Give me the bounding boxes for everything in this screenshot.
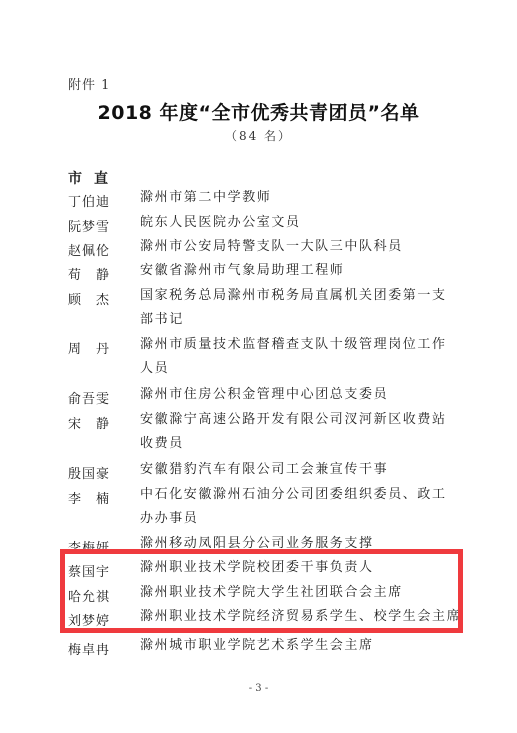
honoree-affiliation: 滁州市公安局特警支队一大队三中队科员: [140, 235, 460, 259]
honoree-affiliation: 滁州市住房公积金管理中心团总支委员: [140, 383, 460, 407]
honoree-affiliation: 国家税务总局滁州市税务局直属机关团委第一支部书记: [140, 284, 460, 332]
document-title: 2018 年度“全市优秀共青团员”名单: [0, 98, 517, 125]
honoree-affiliation: 滁州市质量技术监督稽查支队十级管理岗位工作人员: [140, 333, 460, 381]
honoree-name: 殷国豪: [68, 463, 134, 482]
highlight-annotation-box: [60, 549, 463, 633]
honoree-name: 阮梦雪: [68, 216, 134, 235]
honoree-name: 丁伯迪: [68, 191, 134, 210]
honoree-affiliation: 中石化安徽滁州石油分公司团委组织委员、政工办办事员: [140, 483, 460, 531]
honoree-affiliation: 皖东人民医院办公室文员: [140, 211, 460, 235]
honoree-name: 宋 静: [68, 413, 134, 432]
honoree-affiliation: 滁州市第二中学教师: [140, 186, 460, 210]
attachment-label: 附件 1: [68, 74, 110, 93]
honoree-name: 李 楠: [68, 488, 134, 507]
section-heading: 市直: [68, 168, 120, 188]
honoree-affiliation: 安徽省滁州市气象局助理工程师: [140, 259, 460, 283]
recipient-count: （84 名）: [0, 127, 517, 144]
honoree-name: 荀 静: [68, 264, 134, 283]
honoree-name: 顾 杰: [68, 289, 134, 308]
honoree-name: 周 丹: [68, 338, 134, 357]
honoree-affiliation: 滁州城市职业学院艺术系学生会主席: [140, 634, 460, 658]
honoree-affiliation: 安徽猎豹汽车有限公司工会兼宣传干事: [140, 458, 460, 482]
honoree-name: 俞吾雯: [68, 388, 134, 407]
page-number: - 3 -: [0, 683, 517, 694]
honoree-affiliation: 安徽滁宁高速公路开发有限公司汊河新区收费站收费员: [140, 408, 460, 456]
honoree-name: 梅卓冉: [68, 639, 134, 658]
honoree-name: 赵佩伦: [68, 240, 134, 259]
